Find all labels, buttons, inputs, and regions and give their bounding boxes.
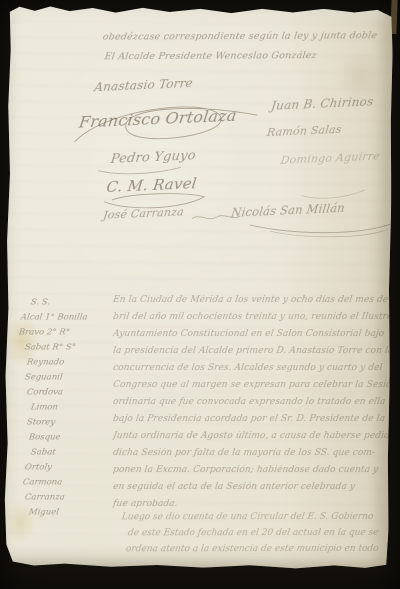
- signature: Anastasio Torre: [94, 77, 194, 93]
- body-line: la presidencia del Alcalde primero D. An…: [111, 346, 389, 363]
- signature: Pedro Yguyo: [110, 149, 197, 166]
- body-line: bril del año mil ochocientos treinta y u…: [111, 312, 389, 329]
- manuscript-scan: obedézcase correspondiente según la ley …: [0, 0, 400, 589]
- margin-name: Bravo 2° R°: [17, 328, 119, 343]
- body-line: Ayuntamiento Constitucional en el Salón …: [111, 329, 389, 346]
- closing-line: Luego se dio cuenta de una Circular del …: [120, 512, 390, 528]
- body-text: En la Ciudad de Mérida a los veinte y oc…: [113, 295, 389, 516]
- signature: C. M. Ravel: [105, 176, 197, 195]
- signature: Ramón Salas: [266, 124, 342, 138]
- margin-name: Carmona: [21, 478, 123, 493]
- header-line: obedézcase correspondiente según la ley …: [102, 31, 378, 42]
- body-line: dicha Sesión por falta de la mayoría de …: [111, 448, 389, 465]
- margin-name: Sabat R° S°: [23, 343, 125, 358]
- signature-flourish-icon: [298, 186, 368, 203]
- margin-attendees-list: S. S. Alcal 1° Bonilla Bravo 2° R° Sabat…: [16, 298, 116, 523]
- margin-name: Carranza: [23, 493, 125, 508]
- manuscript-page: obedézcase correspondiente según la ley …: [3, 5, 393, 570]
- signature: Domingo Aguirre: [280, 151, 381, 166]
- body-line: concurrencia de los Sres. Alcaldes segun…: [111, 363, 389, 380]
- body-line: ordinaria que fue convocada expresando l…: [111, 397, 389, 414]
- signature: José Carranza: [102, 206, 184, 221]
- body-line: ponen la Excma. Corporación; habiéndose …: [111, 465, 389, 482]
- signature: Nicolás San Millán: [231, 203, 346, 220]
- closing-paragraph: Luego se dio cuenta de una Circular del …: [121, 512, 389, 560]
- body-line: en seguida el acta de la Sesión anterior…: [111, 482, 389, 499]
- margin-name: Alcal 1° Bonilla: [19, 313, 121, 328]
- signature-flourish-icon: [248, 219, 393, 238]
- signature: Juan B. Chirinos: [270, 95, 374, 112]
- signature: Francisco Ortolaza: [78, 108, 238, 131]
- body-line: En la Ciudad de Mérida a los veinte y oc…: [111, 295, 389, 312]
- body-line: Junta ordinaria de Agosto último, a caus…: [111, 431, 389, 448]
- closing-line: ordena atento a la existencia de este mu…: [124, 544, 394, 560]
- body-line: bajo la Presidencia acordada por el Sr. …: [111, 414, 389, 431]
- body-line: Congreso que al margen se expresan para …: [111, 380, 389, 397]
- closing-line: de este Estado fechada en el 20 del actu…: [126, 528, 396, 544]
- margin-name: Ortoly: [23, 463, 125, 478]
- header-line: El Alcalde Presidente Wenceslao González: [104, 51, 317, 62]
